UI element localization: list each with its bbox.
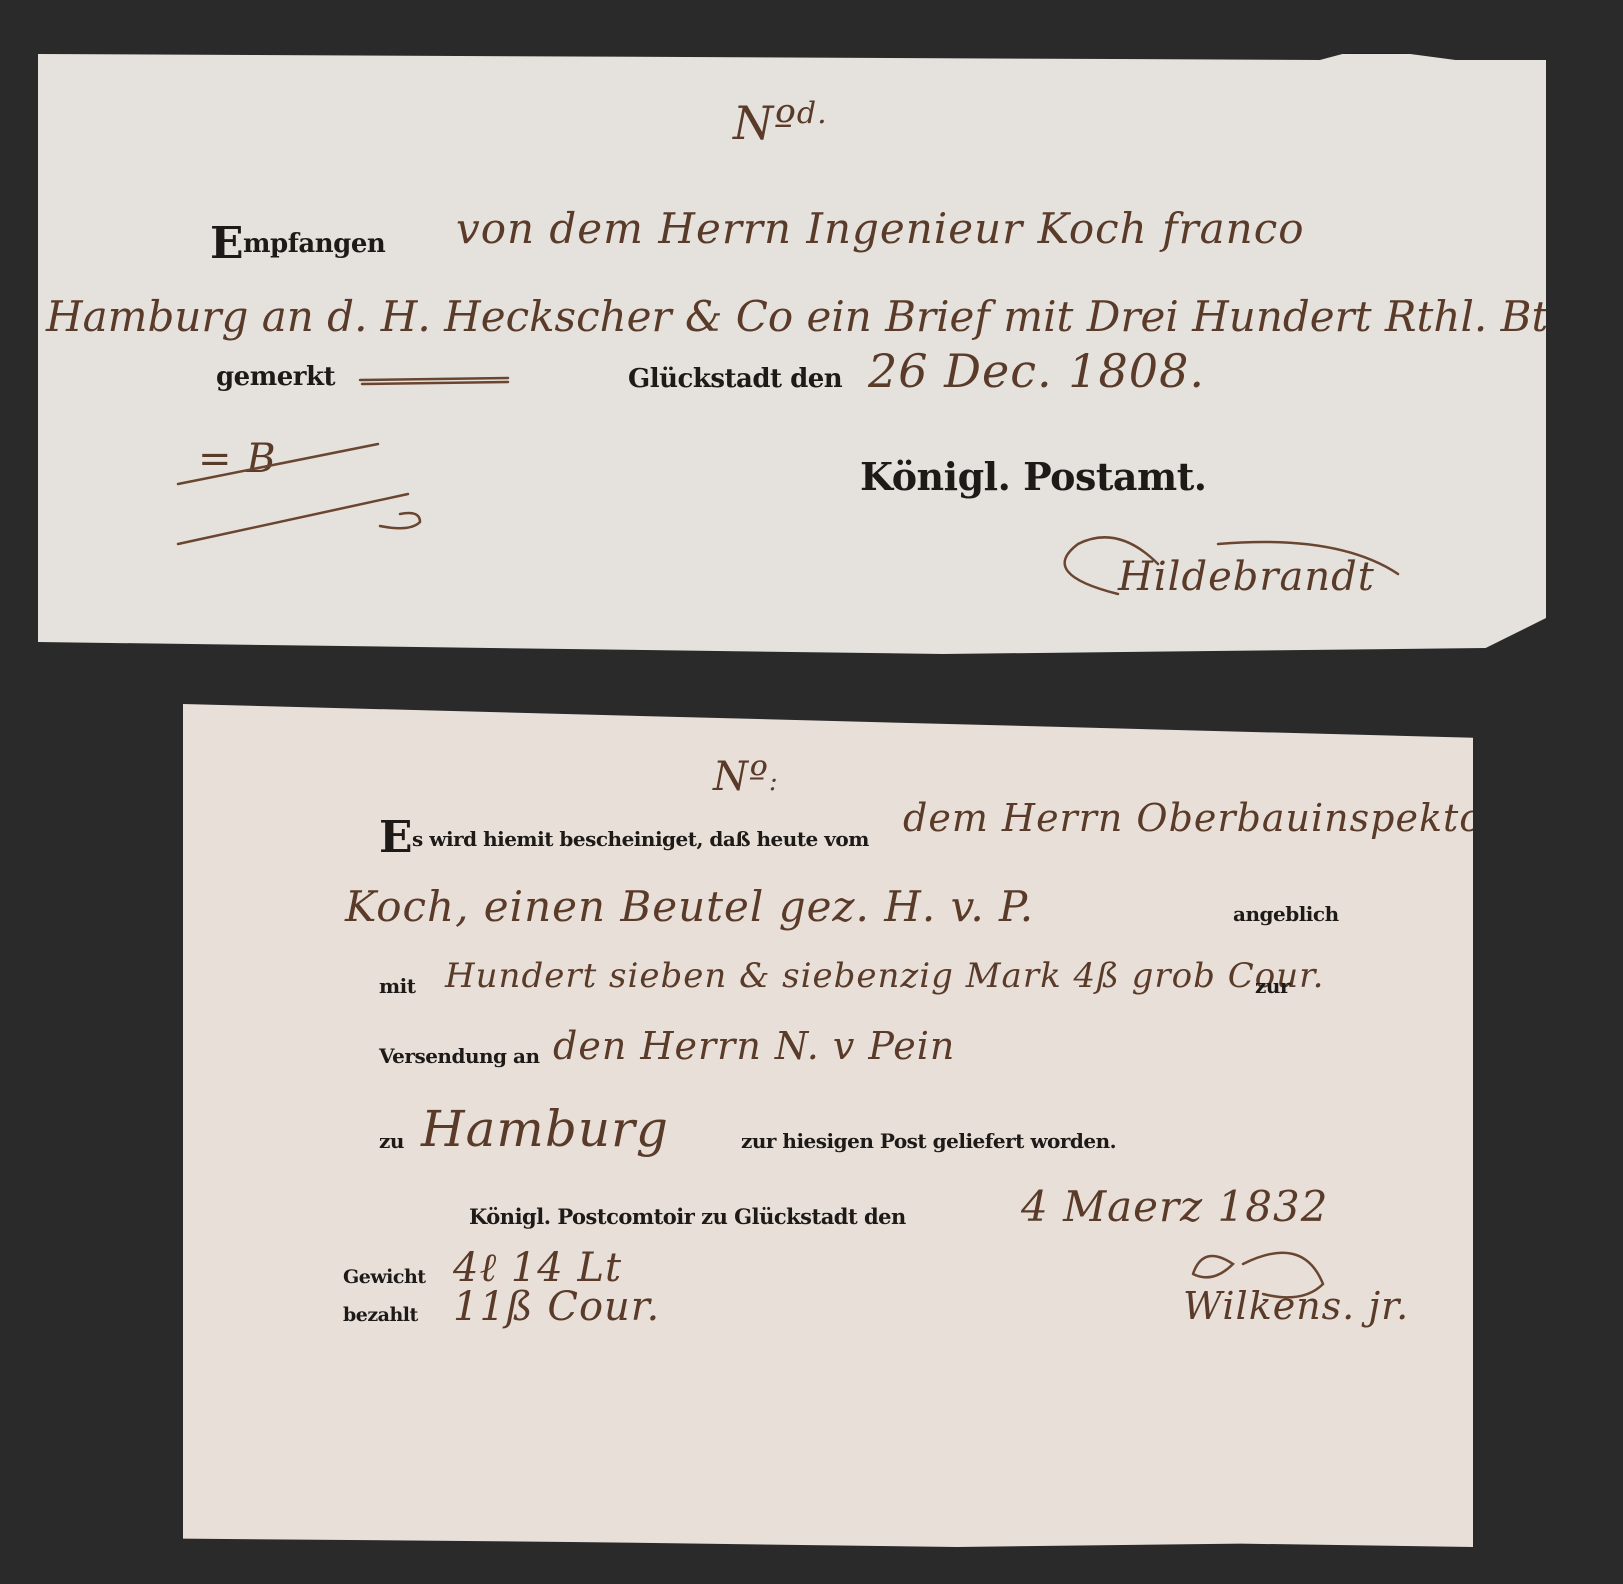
handwritten-contents: Hamburg an d. H. Heckscher & Co ein Brie… bbox=[46, 292, 1562, 341]
printed-allegedly: angeblich bbox=[1233, 902, 1339, 926]
receipt-number: Nºd. bbox=[733, 96, 828, 150]
noted-strike-line bbox=[358, 370, 518, 390]
printed-delivered: zur hiesigen Post geliefert worden. bbox=[741, 1129, 1116, 1153]
handwritten-sender: von dem Herrn Ingenieur Koch franco bbox=[456, 204, 1305, 253]
printed-received: Empfangen bbox=[210, 218, 385, 269]
printed-noted: gemerkt bbox=[216, 362, 335, 392]
printed-certification: Es wird hiemit bescheiniget, daß heute v… bbox=[379, 812, 869, 863]
printed-for: zur bbox=[1255, 974, 1290, 998]
printed-with: mit bbox=[379, 974, 416, 998]
printed-shipment: Versendung an bbox=[379, 1044, 539, 1068]
handwritten-date: 4 Maerz 1832 bbox=[1021, 1182, 1328, 1231]
handwritten-from: dem Herrn Oberbauinspektor bbox=[903, 796, 1502, 840]
receipt-1808: Nºd. Empfangen von dem Herrn Ingenieur K… bbox=[38, 54, 1546, 654]
receipt-number: Nº: bbox=[713, 754, 779, 800]
handwritten-paid: 11ß Cour. bbox=[453, 1284, 660, 1330]
printed-to: zu bbox=[379, 1129, 404, 1153]
printed-office-place: Königl. Postcomtoir zu Glückstadt den bbox=[469, 1204, 906, 1229]
printed-weight-label: Gewicht bbox=[343, 1266, 426, 1288]
handwritten-recipient: den Herrn N. v Pein bbox=[553, 1024, 955, 1068]
receipt-1832: Nº: Es wird hiemit bescheiniget, daß heu… bbox=[183, 704, 1473, 1547]
printed-place-date: Glückstadt den bbox=[628, 364, 842, 394]
handwritten-date: 26 Dec. 1808. bbox=[868, 344, 1205, 398]
handwritten-amount: Hundert sieben & siebenzig Mark 4ß grob … bbox=[445, 956, 1324, 996]
printed-paid-label: bezahlt bbox=[343, 1304, 418, 1326]
signature: Hildebrandt bbox=[1118, 554, 1375, 600]
mark-flourish bbox=[168, 424, 468, 554]
handwritten-city: Hamburg bbox=[421, 1100, 669, 1158]
printed-office: Königl. Postamt. bbox=[860, 454, 1207, 499]
signature: Wilkens. jr. bbox=[1183, 1284, 1409, 1328]
handwritten-sender-item: Koch, einen Beutel gez. H. v. P. bbox=[345, 882, 1034, 931]
